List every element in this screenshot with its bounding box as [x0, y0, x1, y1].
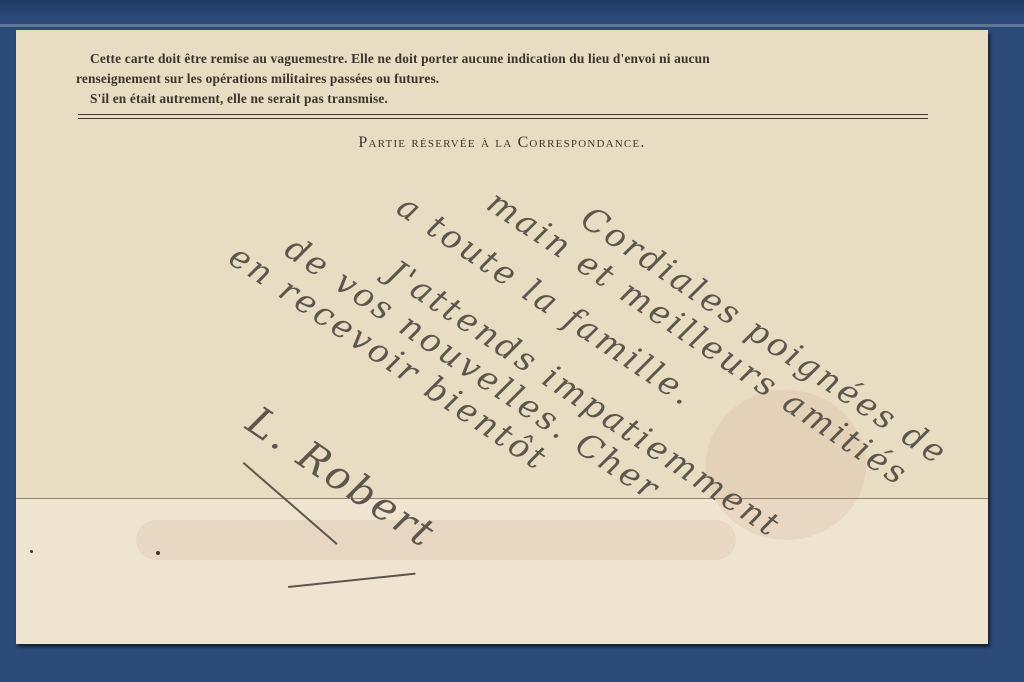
notice-line-2: renseignement sur les opérations militai…	[76, 69, 946, 89]
postcard: Cette carte doit être remise au vaguemes…	[16, 30, 988, 644]
section-title: Partie réservée à la Correspondance.	[16, 134, 988, 152]
ink-speck	[30, 550, 33, 553]
divider-rule-bottom	[78, 118, 928, 119]
background-edge	[0, 24, 1024, 27]
ink-speck	[156, 551, 160, 555]
background-top-strip	[0, 0, 1024, 22]
notice-line-3: S'il en était autrement, elle ne serait …	[76, 89, 946, 109]
notice-line-1: Cette carte doit être remise au vaguemes…	[76, 49, 946, 69]
divider-rule-top	[78, 114, 928, 115]
printed-notice: Cette carte doit être remise au vaguemes…	[76, 49, 946, 109]
